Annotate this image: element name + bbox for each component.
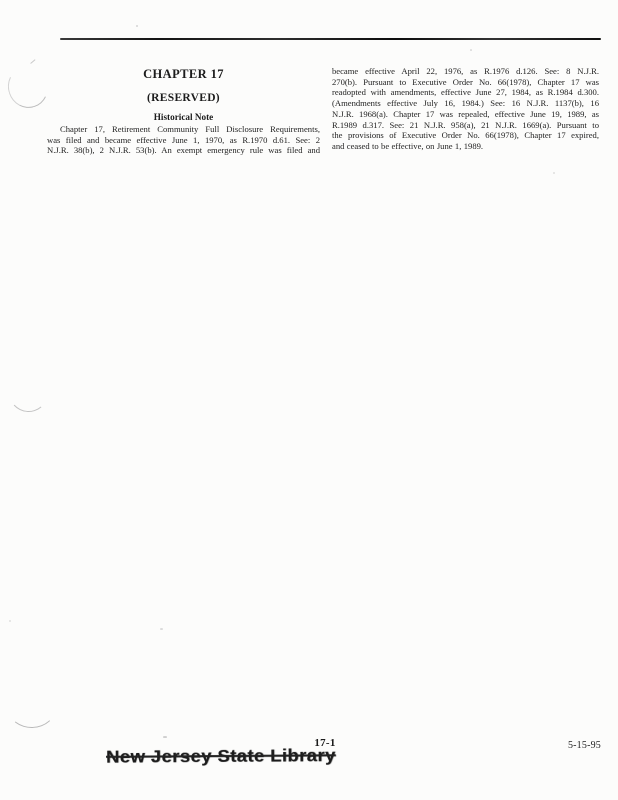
paragraph-line: readopted with amendments, effective Jun… <box>332 87 599 98</box>
reserved-label: (RESERVED) <box>47 92 320 104</box>
paragraph-line: Chapter 17, Retirement Community Full Di… <box>47 124 320 135</box>
historical-note-heading: Historical Note <box>47 112 320 122</box>
scan-speck <box>553 172 555 174</box>
scan-speck <box>9 620 11 622</box>
page-number: 17-1 <box>284 737 366 749</box>
paragraph-line: N.J.R. 1968(a). Chapter 17 was repealed,… <box>332 109 599 120</box>
historical-note-paragraph: Chapter 17, Retirement Community Full Di… <box>47 124 320 156</box>
top-horizontal-rule <box>60 38 601 40</box>
binder-hole-artifact <box>8 373 50 414</box>
binder-hole-artifact <box>2 61 53 113</box>
scanned-document-page: CHAPTER 17 (RESERVED) Historical Note Ch… <box>0 0 618 800</box>
paragraph-line: 270(b). Pursuant to Executive Order No. … <box>332 77 599 88</box>
scan-speck <box>160 628 163 630</box>
paragraph-line: (Amendments effective July 16, 1984.) Se… <box>332 98 599 109</box>
paragraph-line: R.1989 d.317. See: 21 N.J.R. 958(a), 21 … <box>332 120 599 131</box>
historical-note-continuation: became effective April 22, 1976, as R.19… <box>332 66 599 152</box>
binder-hole-artifact <box>7 687 56 729</box>
paragraph-line: was filed and became effective June 1, 1… <box>47 135 320 146</box>
paragraph-line: became effective April 22, 1976, as R.19… <box>332 66 599 77</box>
paragraph-line: N.J.R. 38(b), 2 N.J.R. 53(b). An exempt … <box>47 145 320 156</box>
paragraph-line: and ceased to be effective, on June 1, 1… <box>332 141 599 152</box>
left-column: CHAPTER 17 (RESERVED) Historical Note Ch… <box>47 68 320 156</box>
right-column: became effective April 22, 1976, as R.19… <box>332 64 599 152</box>
footer-date: 5-15-95 <box>568 740 601 751</box>
chapter-title: CHAPTER 17 <box>47 68 320 81</box>
paragraph-line: the provisions of Executive Order No. 66… <box>332 130 599 141</box>
scan-tick-artifact <box>30 59 35 64</box>
scan-speck <box>136 25 138 27</box>
scan-speck <box>163 736 167 738</box>
scan-speck <box>470 49 472 51</box>
